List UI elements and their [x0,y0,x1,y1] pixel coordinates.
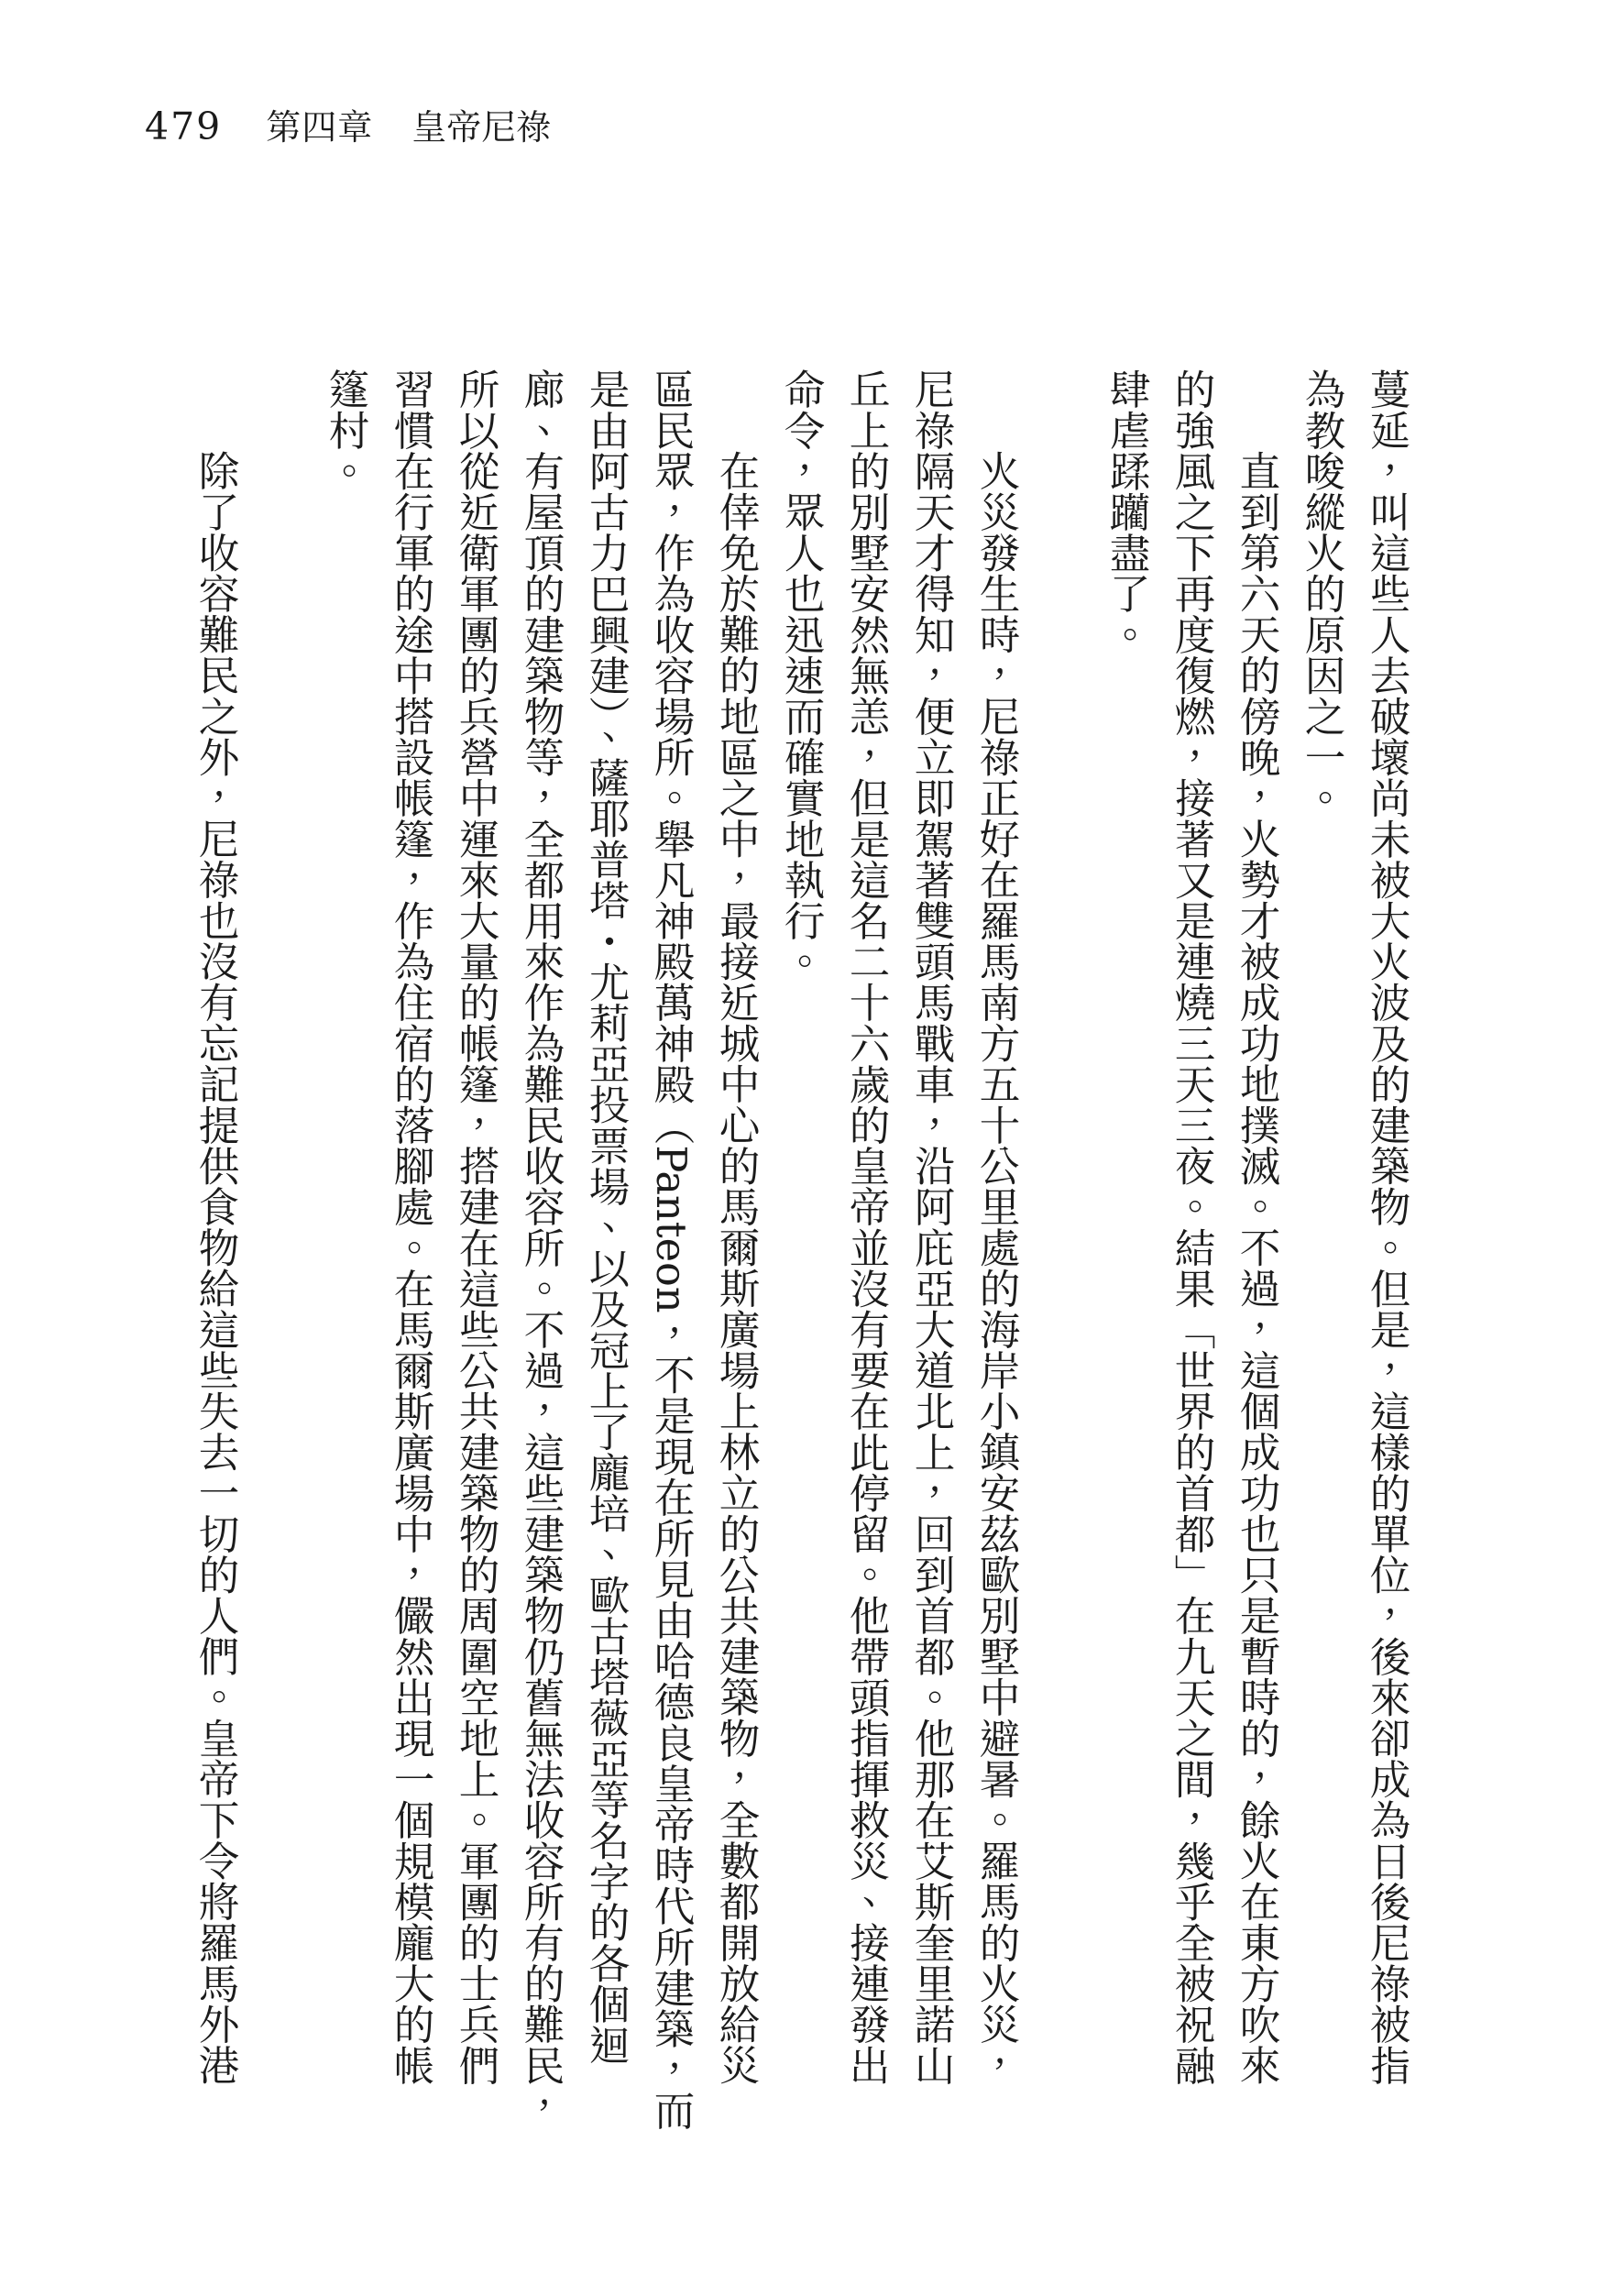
text-column: 所以從近衛軍團的兵營中運來大量的帳篷，搭建在這些公共建築物的周圍空地上。軍團的士… [443,368,508,2101]
text-column: 區民眾，作為收容場所。舉凡神殿萬神殿（Panteon，不是現在所見由哈德良皇帝時… [638,368,703,2101]
chapter-label: 第四章 [266,99,373,149]
text-column: 習慣在行軍的途中搭設帳篷，作為住宿的落腳處。在馬爾斯廣場中，儼然出現一個規模龐大… [378,368,443,2101]
text-column: 篷村。 [313,368,378,2101]
text-column: 蔓延，叫這些人去破壞尚未被大火波及的建築物。但是，這樣的單位，後來卻成為日後尼祿… [1354,368,1419,2101]
chapter-title: 皇帝尼祿 [411,99,551,149]
blank-column [1028,368,1093,2101]
text-column: 為教唆縱火的原因之一。 [1289,368,1354,2101]
text-column: 命令，眾人也迅速而確實地執行。 [768,368,833,2101]
text-column: 在倖免於難的地區之中，最接近城中心的馬爾斯廣場上林立的公共建築物，全數都開放給災 [703,368,768,2101]
page-number: 479 [145,104,222,148]
book-page: { "colors": { "paper": "#ffffff", "ink":… [0,0,1624,2273]
text-column: 廊、有屋頂的建築物等，全都用來作為難民收容所。不過，這些建築物仍舊無法收容所有的… [508,368,573,2101]
text-column: 丘上的別墅安然無恙，但是這名二十六歲的皇帝並沒有要在此停留。他帶頭指揮救災、接連… [833,368,898,2101]
text-column: 肆虐蹂躪盡了。 [1093,368,1158,2101]
text-column: 尼祿隔天才得知，便立即駕著雙頭馬戰車，沿阿庇亞大道北上，回到首都。他那在艾斯奎里… [898,368,963,2101]
text-block: 蔓延，叫這些人去破壞尚未被大火波及的建築物。但是，這樣的單位，後來卻成為日後尼祿… [182,368,1419,2101]
text-column: 除了收容難民之外，尼祿也沒有忘記提供食物給這些失去一切的人們。皇帝下令將羅馬外港 [182,368,247,2101]
running-head: 479 第四章 皇帝尼祿 [145,99,551,149]
blank-column [247,368,313,2101]
text-column: 直到第六天的傍晚，火勢才被成功地撲滅。不過，這個成功也只是暫時的，餘火在東方吹來 [1223,368,1289,2101]
text-column: 是由阿古力巴興建）、薩耶普塔・尤莉亞投票場、以及冠上了龐培、歐古塔薇亞等名字的各… [573,368,638,2101]
text-column: 的強風之下再度復燃，接著又是連燒三天三夜。結果「世界的首都」在九天之間，幾乎全被… [1158,368,1223,2101]
text-column: 火災發生時，尼祿正好在羅馬南方五十公里處的海岸小鎮安茲歐別墅中避暑。羅馬的火災， [963,368,1028,2101]
